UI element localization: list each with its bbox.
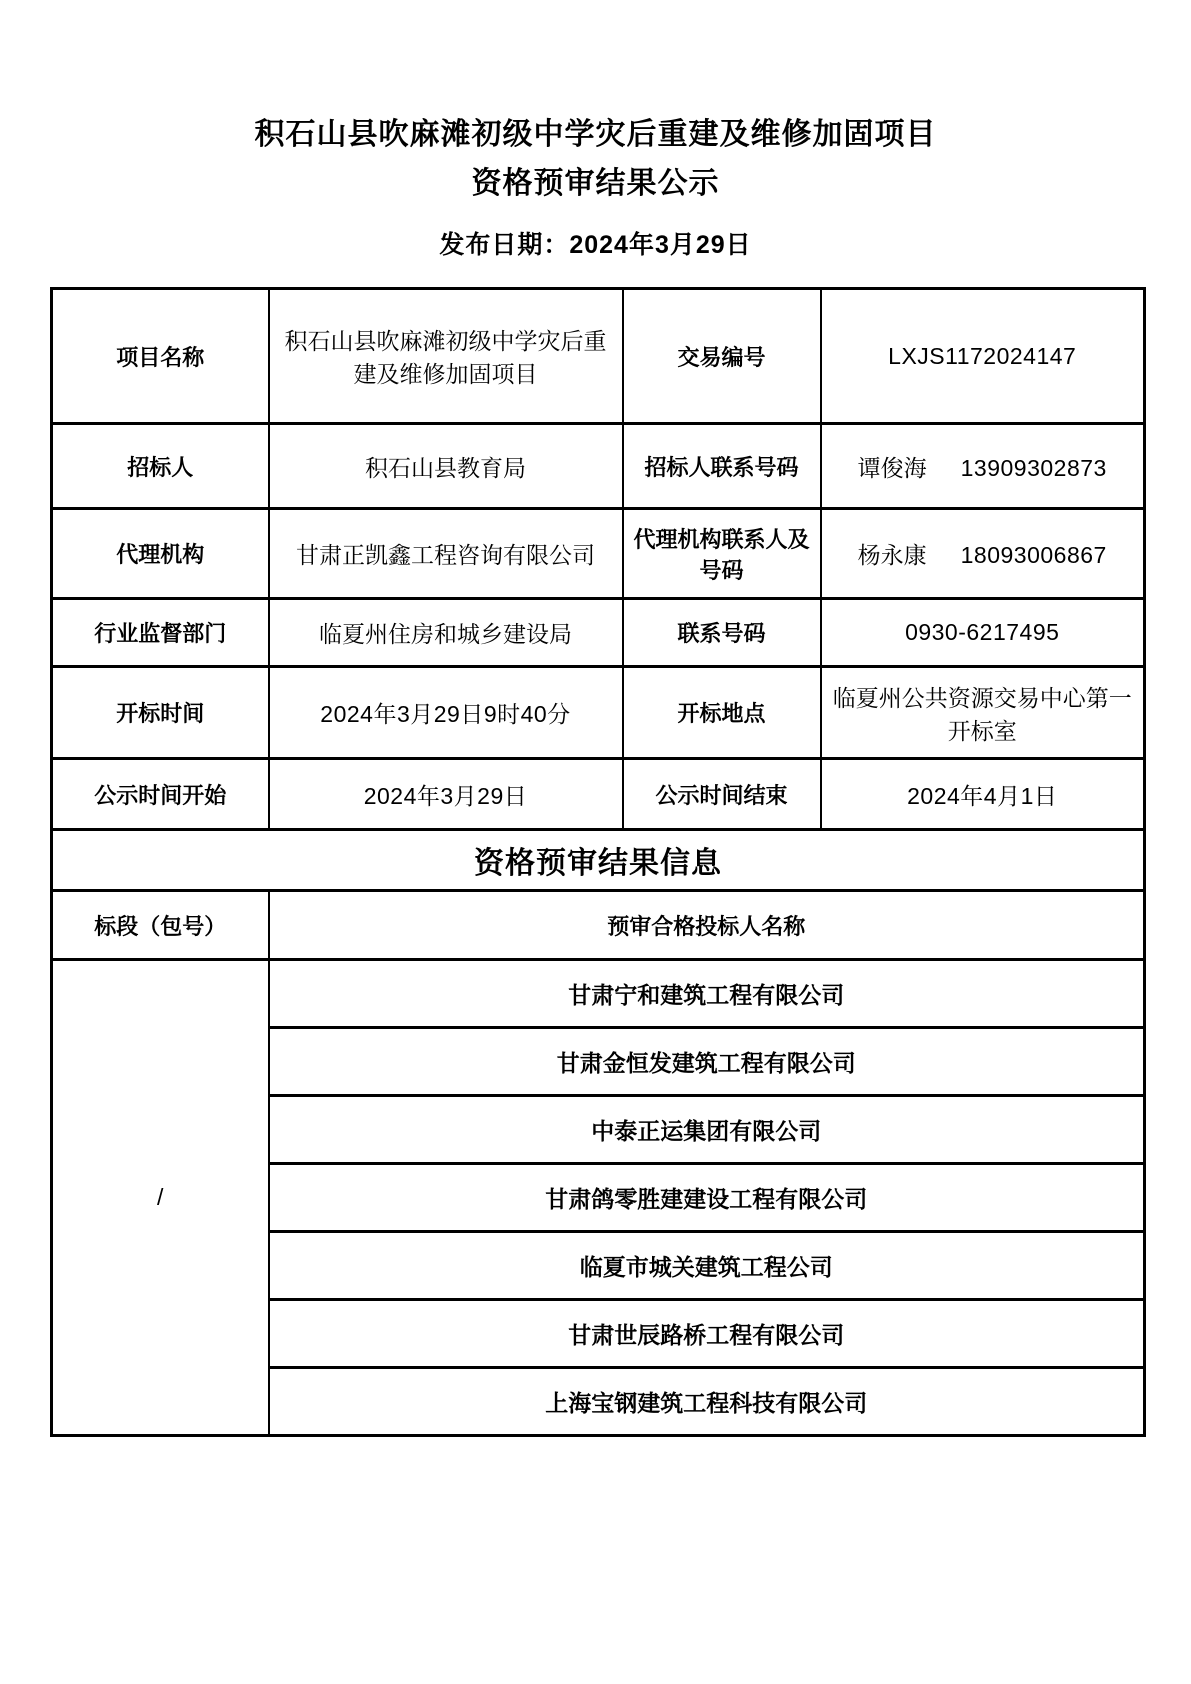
publish-date: 发布日期：2024年3月29日 [0,225,1191,261]
document-title: 积石山县吹麻滩初级中学灾后重建及维修加固项目 资格预审结果公示 [0,0,1191,208]
tenderer-contact-number: 13909302873 [961,455,1107,481]
result-section-header-row: 资格预审结果信息 [52,830,1145,891]
tenderer-row: 招标人 积石山县教育局 招标人联系号码 谭俊海13909302873 [52,424,1145,509]
bidder-name: 甘肃宁和建筑工程有限公司 [269,960,1145,1028]
tenderer-contact-value: 谭俊海13909302873 [821,424,1145,509]
supervision-phone-value: 0930-6217495 [821,599,1145,667]
supervision-row: 行业监督部门 临夏州住房和城乡建设局 联系号码 0930-6217495 [52,599,1145,667]
prequalification-result-table: 项目名称 积石山县吹麻滩初级中学灾后重建及维修加固项目 交易编号 LXJS117… [50,287,1146,1437]
result-section-header: 资格预审结果信息 [52,830,1145,891]
agency-value: 甘肃正凯鑫工程咨询有限公司 [269,509,623,599]
transaction-no-value: LXJS1172024147 [821,289,1145,424]
supervision-phone-label: 联系号码 [623,599,821,667]
agency-row: 代理机构 甘肃正凯鑫工程咨询有限公司 代理机构联系人及号码 杨永康1809300… [52,509,1145,599]
agency-label: 代理机构 [52,509,269,599]
publicity-start-value: 2024年3月29日 [269,759,623,830]
bid-opening-place-label: 开标地点 [623,667,821,759]
project-name-row: 项目名称 积石山县吹麻滩初级中学灾后重建及维修加固项目 交易编号 LXJS117… [52,289,1145,424]
tenderer-value: 积石山县教育局 [269,424,623,509]
publicity-period-row: 公示时间开始 2024年3月29日 公示时间结束 2024年4月1日 [52,759,1145,830]
lot-number-value: / [52,960,269,1436]
agency-contact-label: 代理机构联系人及号码 [623,509,821,599]
bid-opening-place-value: 临夏州公共资源交易中心第一开标室 [821,667,1145,759]
bidder-name: 中泰正运集团有限公司 [269,1096,1145,1164]
project-name-label: 项目名称 [52,289,269,424]
agency-contact-number: 18093006867 [961,542,1107,568]
project-name-value: 积石山县吹麻滩初级中学灾后重建及维修加固项目 [269,289,623,424]
publicity-start-label: 公示时间开始 [52,759,269,830]
lot-number-label: 标段（包号） [52,891,269,960]
bidder-name: 临夏市城关建筑工程公司 [269,1232,1145,1300]
transaction-no-label: 交易编号 [623,289,821,424]
bidder-name: 甘肃鸽零胜建建设工程有限公司 [269,1164,1145,1232]
document-page: 积石山县吹麻滩初级中学灾后重建及维修加固项目 资格预审结果公示 发布日期：202… [0,0,1191,1684]
publicity-end-label: 公示时间结束 [623,759,821,830]
supervision-dept-label: 行业监督部门 [52,599,269,667]
bidder-name: 上海宝钢建筑工程科技有限公司 [269,1368,1145,1436]
bid-opening-time-label: 开标时间 [52,667,269,759]
bidder-name: 甘肃金恒发建筑工程有限公司 [269,1028,1145,1096]
agency-contact-name: 杨永康 [858,543,927,569]
result-header-row: 标段（包号） 预审合格投标人名称 [52,891,1145,960]
bidder-row: / 甘肃宁和建筑工程有限公司 [52,960,1145,1028]
bid-opening-time-value: 2024年3月29日9时40分 [269,667,623,759]
publicity-end-value: 2024年4月1日 [821,759,1145,830]
bidder-name: 甘肃世辰路桥工程有限公司 [269,1300,1145,1368]
bid-opening-row: 开标时间 2024年3月29日9时40分 开标地点 临夏州公共资源交易中心第一开… [52,667,1145,759]
tenderer-contact-name: 谭俊海 [858,456,927,482]
agency-contact-value: 杨永康18093006867 [821,509,1145,599]
supervision-dept-value: 临夏州住房和城乡建设局 [269,599,623,667]
document-title-line2: 资格预审结果公示 [0,159,1191,208]
document-title-line1: 积石山县吹麻滩初级中学灾后重建及维修加固项目 [0,110,1191,159]
tenderer-label: 招标人 [52,424,269,509]
tenderer-contact-label: 招标人联系号码 [623,424,821,509]
qualified-bidder-header: 预审合格投标人名称 [269,891,1145,960]
